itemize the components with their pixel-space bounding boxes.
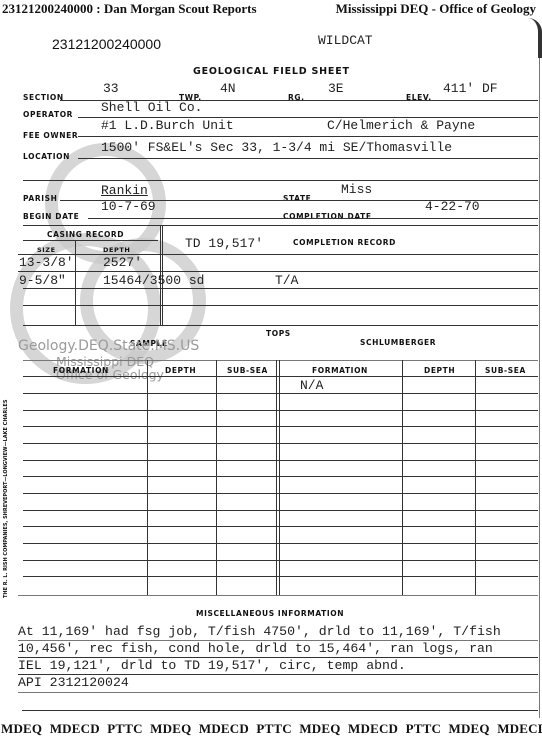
api-number: 23121200240000 [52,36,161,52]
casing-record-title: CASING RECORD [47,230,124,239]
begin-date-value: 10-7-69 [101,199,156,214]
tops-row-line [23,393,538,394]
tops-bottom-line [18,595,538,596]
casing-size-1: 9-5/8" [19,273,66,288]
casing-title-line [23,240,158,241]
tops-row-line [23,576,538,577]
casing-col-depth: DEPTH [103,246,130,254]
misc-line-2: IEL 19,121', drld to TD 19,517', circ, t… [18,658,406,673]
casing-depth-0: 2527' [103,255,142,270]
begin-date-label: BEGIN DATE [23,212,79,221]
elev-value: 411' DF [443,81,498,96]
fee-owner-value: #1 L.D.Burch Unit [101,118,234,133]
operator-label: OPERATOR [23,110,73,119]
misc-line-0: At 11,169' had fsg job, T/fish 4750', dr… [18,624,501,639]
rg-value: 3E [328,81,344,96]
footer-agencies: MDEQ MDECD PTTC MDEQ MDECD PTTC MDEQ MDE… [1,721,542,737]
schl-col-subsea: SUB-SEA [485,366,526,375]
fee-owner-label: FEE OWNER [23,131,78,140]
form-title: GEOLOGICAL FIELD SHEET [193,66,350,77]
sample-col-subsea: SUB-SEA [227,366,268,375]
casing-row-line-2 [23,288,538,289]
casing-row-line-0 [18,254,538,255]
misc-line-1: 10,456', rec fish, cond hole, drld to 15… [18,641,493,656]
tops-row-line [23,460,538,461]
casing-col-divider [75,240,76,326]
tops-row-line [23,476,538,477]
printer-side-text: THE R. L. RISH COMPANIES, SHREVEPORT—LON… [3,400,9,598]
misc-title: MISCELLANEOUS INFORMATION [196,609,344,618]
page-curl-mark [528,18,542,58]
completion-record-title: COMPLETION RECORD [293,238,396,247]
parish-value: Rankin [101,183,148,198]
report-title: 23121200240000 : Dan Morgan Scout Report… [2,1,257,17]
casing-size-0: 13-3/8' [19,255,74,270]
watermark-site: Geology.DEQ.State.MS.US [18,338,199,354]
casing-col-size: SIZE [37,246,56,254]
casing-top-line [23,225,538,226]
schl-first-entry: N/A [300,378,323,393]
twp-value: 4N [220,81,236,96]
well-class: WILDCAT [318,33,373,48]
scanned-field-sheet: 23121200240000 WILDCAT GEOLOGICAL FIELD … [0,18,542,718]
misc-rule [18,692,538,693]
casing-row-line-1 [18,271,538,272]
section-label: SECTION [23,93,64,102]
completion-date-label: COMPLETION DATE [283,212,372,221]
state-value: Miss [341,182,372,197]
section-value: 33 [103,81,119,96]
right-border [539,58,540,718]
tops-row-line [23,543,538,544]
location-value: 1500' FS&EL's Sec 33, 1-3/4 mi SE/Thomas… [101,140,452,155]
begin-date-line [88,218,538,219]
parish-label: PARISH [23,194,57,203]
completion-status: T/A [275,273,298,288]
completion-date-value: 4-22-70 [425,199,480,214]
tops-title: TOPS [266,329,291,338]
sample-col-formation: FORMATION [53,366,109,375]
state-label: STATE [283,194,311,203]
total-depth: TD 19,517' [185,236,263,251]
schl-col-depth: DEPTH [424,366,455,375]
casing-depth-1: 15464/3500 sd [103,273,204,288]
contractor-value: C/Helmerich & Payne [327,118,475,133]
location-line-2 [23,180,538,181]
tops-row-line [23,443,538,444]
tops-row-line [23,410,538,411]
tops-row-line [23,526,538,527]
casing-bottom-line [23,325,538,326]
operator-value: Shell Oil Co. [101,100,202,115]
tops-row-line [23,510,538,511]
tops-row-line [23,493,538,494]
sample-col-depth: DEPTH [165,366,196,375]
schl-col-formation: FORMATION [312,366,368,375]
fee-owner-line [78,136,538,137]
misc-bottom-rule [22,710,538,711]
location-line [78,158,538,159]
tops-header-top-line [23,360,538,361]
misc-line-3: API 2312120024 [18,675,129,690]
schlumberger-title: SCHLUMBERGER [360,338,436,347]
location-label: LOCATION [23,152,70,161]
agency-title: Mississippi DEQ - Office of Geology [336,1,536,17]
tops-row-line [23,560,538,561]
tops-row-line [23,376,538,377]
casing-row-line-3 [23,305,538,306]
tops-row-line [23,426,538,427]
